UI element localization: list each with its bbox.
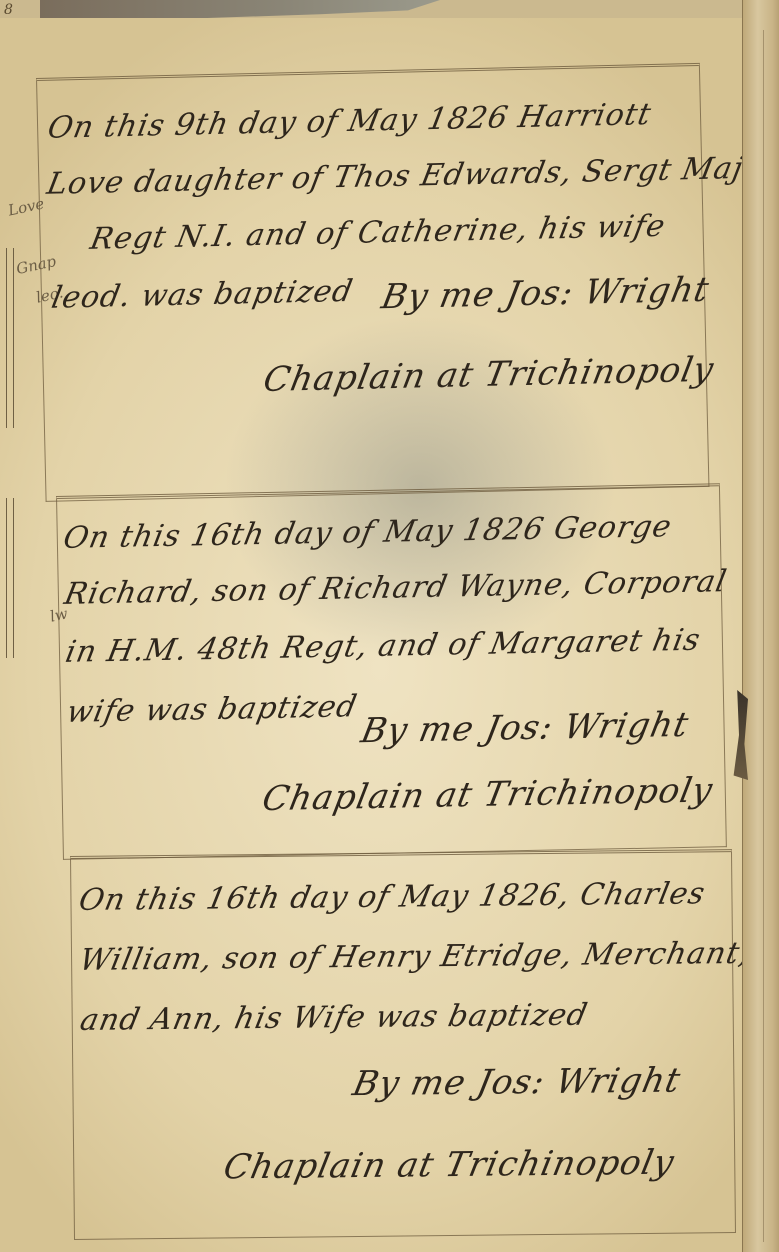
entry-line: On this 16th day of May 1826 George (60, 509, 674, 556)
register-page: Love Gnap leo. lw On this 9th day of May… (0, 18, 744, 1252)
signature-title: Chaplain at Trichinopoly (260, 350, 717, 400)
register-entry-2: On this 16th day of May 1826 George Rich… (56, 483, 727, 860)
entry-line: On this 16th day of May 1826, Charles (76, 876, 709, 918)
signature-title: Chaplain at Trichinopoly (259, 770, 716, 819)
signature: By me Jos: Wright (378, 270, 712, 318)
corner-page-mark: 8 (4, 2, 13, 18)
entry-line: in H.M. 48th Regt, and of Margaret his (63, 623, 704, 670)
entry-line: leod. was baptized (49, 274, 356, 316)
entry-line: and Ann, his Wife was baptized (77, 998, 591, 1038)
signature-title: Chaplain at Trichinopoly (220, 1143, 678, 1188)
entry-line: On this 9th day of May 1826 Harriott (45, 97, 655, 146)
book-binding (742, 0, 779, 1252)
signature: By me Jos: Wright (349, 1061, 684, 1105)
entry-line: Love daughter of Thos Edwards, Sergt Maj… (44, 150, 779, 202)
signature: By me Jos: Wright (358, 705, 693, 751)
entry-line: Regt N.I. and of Catherine, his wife (87, 209, 668, 257)
entry-line: William, son of Henry Etridge, Merchant, (77, 936, 754, 978)
entry-line: wife was baptized (64, 689, 361, 730)
register-entry-1: On this 9th day of May 1826 Harriott Lov… (36, 63, 709, 502)
entry-line: Richard, son of Richard Wayne, Corporal (62, 564, 730, 612)
margin-rule (6, 498, 14, 658)
register-entry-3: On this 16th day of May 1826, Charles Wi… (70, 849, 736, 1240)
margin-rule (6, 248, 14, 428)
